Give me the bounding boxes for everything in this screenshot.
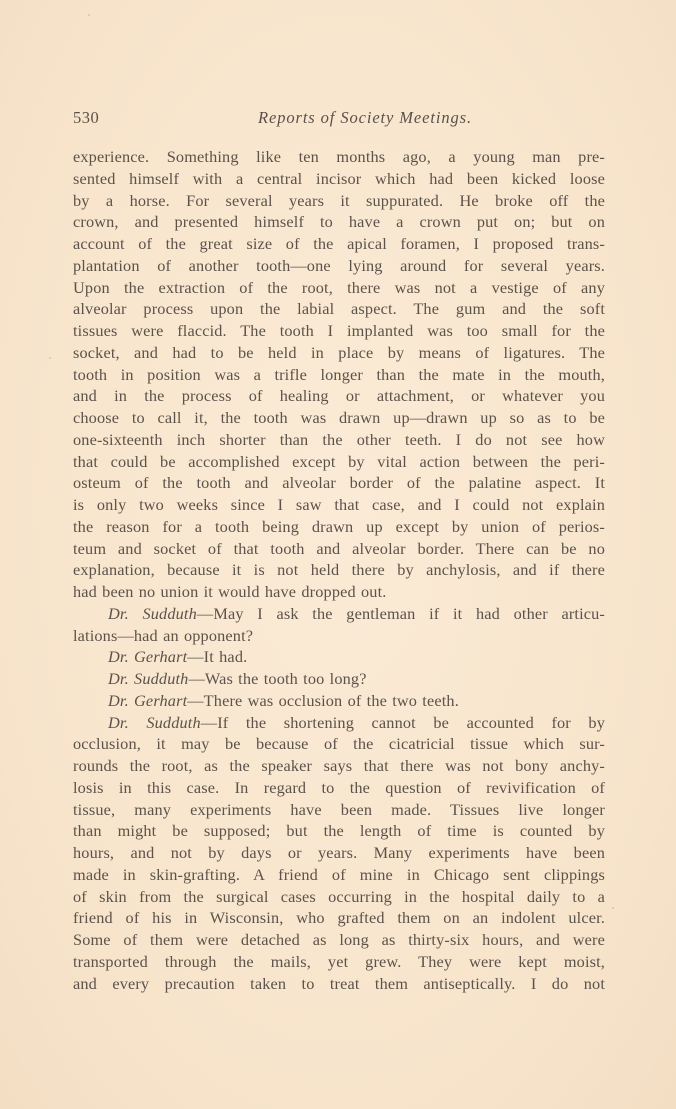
speech-text: —There was occlusion of the two teeth.: [187, 691, 459, 710]
text-line: rounds the root, as the speaker says tha…: [73, 755, 605, 777]
page-number: 530: [73, 106, 99, 130]
text-line: lations—had an opponent?: [73, 625, 605, 647]
text-line: of skin from the surgical cases occurrin…: [73, 886, 605, 908]
text-line: losis in this case. In regard to the que…: [73, 777, 605, 799]
text-line: plantation of another tooth—one lying ar…: [73, 255, 605, 277]
text-line: the reason for a tooth being drawn up ex…: [73, 516, 605, 538]
dialogue-line: Dr. Sudduth—May I ask the gentleman if i…: [73, 603, 605, 625]
text-line: crown, and presented himself to have a c…: [73, 211, 605, 233]
text-line: account of the great size of the apical …: [73, 233, 605, 255]
speech-text: —Was the tooth too long?: [188, 669, 366, 688]
text-line: by a horse. For several years it suppura…: [73, 190, 605, 212]
speech-text: —It had.: [187, 647, 247, 666]
text-line: hours, and not by days or years. Many ex…: [73, 842, 605, 864]
text-line: is only two weeks since I saw that case,…: [73, 494, 605, 516]
text-line: socket, and had to be held in place by m…: [73, 342, 605, 364]
running-head: 530 Reports of Society Meetings.: [73, 106, 573, 130]
text-line: had been no union it would have dropped …: [73, 581, 605, 603]
dialogue-line: Dr. Sudduth—Was the tooth too long?: [73, 668, 605, 690]
speaker-name: Dr. Sudduth: [108, 604, 197, 623]
scan-speck: [612, 907, 614, 909]
speaker-name: Dr. Sudduth: [108, 669, 188, 688]
text-line: sented himself with a central incisor wh…: [73, 168, 605, 190]
scan-speck: [88, 14, 90, 16]
text-line: osteum of the tooth and alveolar border …: [73, 472, 605, 494]
text-line: teum and socket of that tooth and alveol…: [73, 538, 605, 560]
text-line: choose to call it, the tooth was drawn u…: [73, 407, 605, 429]
speaker-name: Dr. Sudduth: [108, 713, 201, 732]
speaker-name: Dr. Gerhart: [108, 647, 187, 666]
text-line: that could be accomplished except by vit…: [73, 451, 605, 473]
dialogue-line: Dr. Sudduth—If the shortening cannot be …: [73, 712, 605, 734]
text-line: tooth in position was a trifle longer th…: [73, 364, 605, 386]
text-line: explanation, because it is not held ther…: [73, 559, 605, 581]
text-line: than might be supposed; but the length o…: [73, 820, 605, 842]
body-text: experience. Something like ten months ag…: [73, 146, 605, 994]
speech-text: —If the shortening cannot be accounted f…: [201, 713, 605, 732]
text-line: friend of his in Wisconsin, who grafted …: [73, 907, 605, 929]
running-title: Reports of Society Meetings.: [258, 106, 472, 130]
speaker-name: Dr. Gerhart: [108, 691, 187, 710]
book-page: 530 Reports of Society Meetings. experie…: [0, 0, 676, 1109]
text-line: and in the process of healing or attachm…: [73, 385, 605, 407]
text-line: alveolar process upon the labial aspect.…: [73, 298, 605, 320]
speech-text: —May I ask the gentleman if it had other…: [197, 604, 605, 623]
text-line: made in skin-grafting. A friend of mine …: [73, 864, 605, 886]
dialogue-line: Dr. Gerhart—There was occlusion of the t…: [73, 690, 605, 712]
text-line: Some of them were detached as long as th…: [73, 929, 605, 951]
text-line: transported through the mails, yet grew.…: [73, 951, 605, 973]
text-line: occlusion, it may be because of the cica…: [73, 733, 605, 755]
dialogue-line: Dr. Gerhart—It had.: [73, 646, 605, 668]
text-line: one-sixteenth inch shorter than the othe…: [73, 429, 605, 451]
text-line: tissue, many experiments have been made.…: [73, 799, 605, 821]
text-line: and every precaution taken to treat them…: [73, 973, 605, 995]
scan-speck: [49, 357, 51, 359]
text-line: experience. Something like ten months ag…: [73, 146, 605, 168]
text-line: Upon the extraction of the root, there w…: [73, 277, 605, 299]
text-line: tissues were flaccid. The tooth I implan…: [73, 320, 605, 342]
